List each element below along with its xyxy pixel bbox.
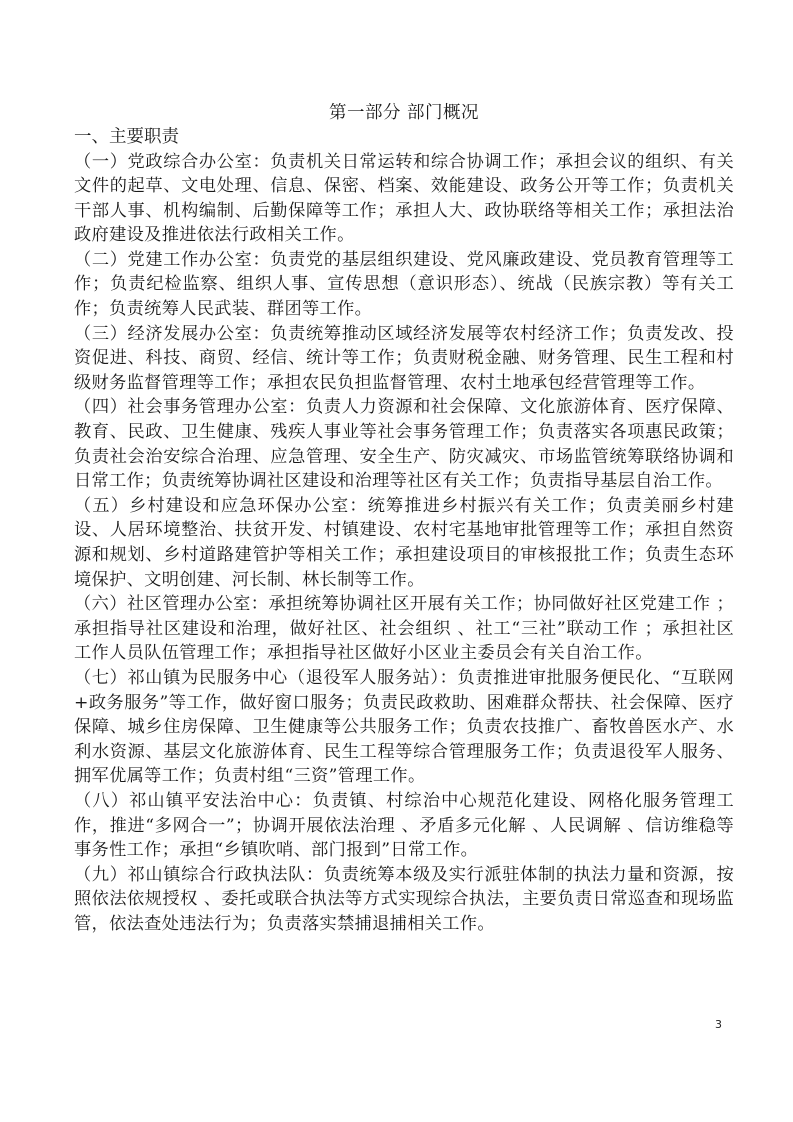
paragraph-rural-construction-office: （五）乡村建设和应急环保办公室：统筹推进乡村振兴有关工作；负责美丽乡村建设、人居…	[74, 494, 734, 592]
paragraph-party-government-office: （一）党政综合办公室：负责机关日常运转和综合协调工作；承担会议的组织、有关文件的…	[74, 150, 734, 248]
page-title: 第一部分 部门概况	[74, 101, 734, 125]
paragraph-law-enforcement-team: （九）祁山镇综合行政执法队：负责统筹本级及实行派驻体制的执法力量和资源，按照依法…	[74, 863, 734, 937]
paragraph-social-affairs-office: （四）社会事务管理办公室：负责人力资源和社会保障、文化旅游体育、医疗保障、教育、…	[74, 395, 734, 493]
document-page: 第一部分 部门概况 一、主要职责 （一）党政综合办公室：负责机关日常运转和综合协…	[74, 101, 734, 937]
paragraph-economic-development-office: （三）经济发展办公室：负责统筹推动区域经济发展等农村经济工作；负责发改、投资促进…	[74, 322, 734, 396]
page-number: 3	[715, 1018, 722, 1031]
paragraph-party-building-office: （二）党建工作办公室：负责党的基层组织建设、党风廉政建设、党员教育管理等工作；负…	[74, 248, 734, 322]
paragraph-public-service-center: （七）祁山镇为民服务中心（退役军人服务站）：负责推进审批服务便民化、“互联网+政…	[74, 666, 734, 789]
paragraph-safety-rule-of-law-center: （八）祁山镇平安法治中心：负责镇、村综治中心规范化建设、网格化服务管理工作，推进…	[74, 789, 734, 863]
paragraph-community-management-office: （六）社区管理办公室：承担统筹协调社区开展有关工作；协同做好社区党建工作 ；承担…	[74, 592, 734, 666]
section-heading: 一、主要职责	[74, 125, 734, 150]
